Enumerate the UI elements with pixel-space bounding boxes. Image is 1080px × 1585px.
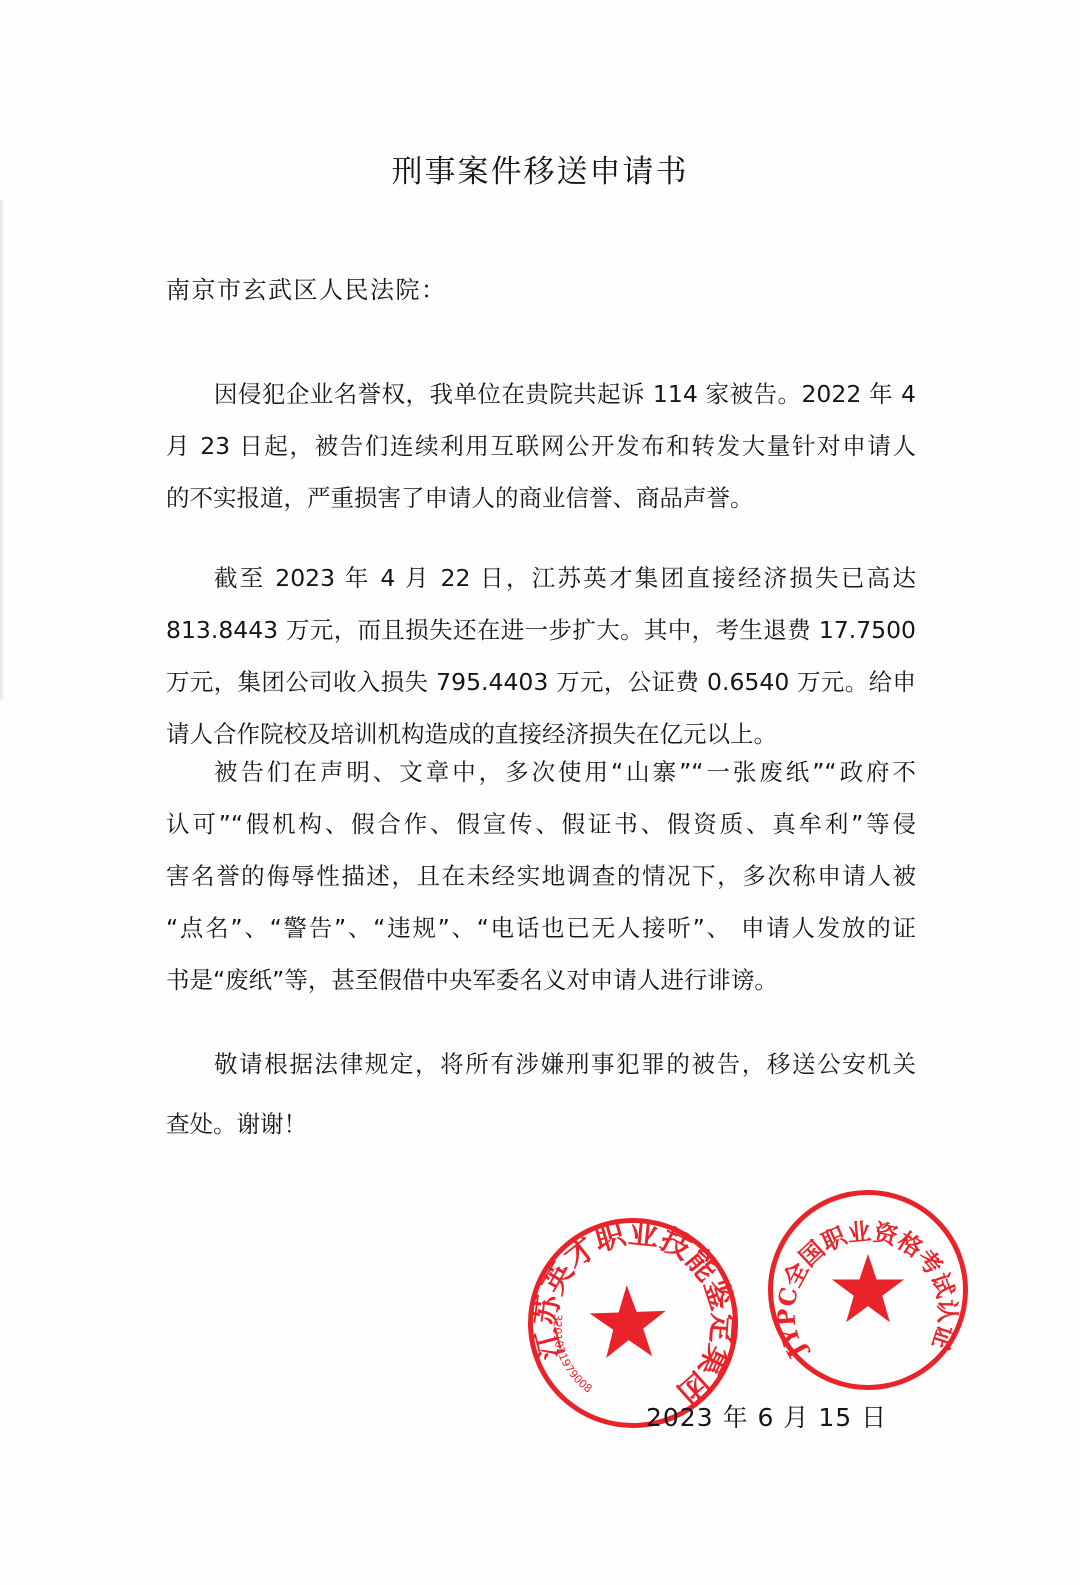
red-star-icon — [589, 1284, 667, 1359]
addressee: 南京市玄武区人民法院： — [166, 270, 447, 305]
paragraph-line: 因侵犯企业名誉权，我单位在贵院共起诉 114 家被告。2022 年 4 — [166, 368, 916, 420]
paragraph-2: 截至 2023 年 4 月 22 日，江苏英才集团直接经济损失已高达 813.8… — [166, 552, 916, 760]
paragraph-line: 月 23 日起，被告们连续利用互联网公开发布和转发大量针对申请人 — [166, 420, 916, 472]
paragraph-line: “点名”、“警告”、“违规”、“电话也已无人接听”、 申请人发放的证 — [166, 902, 916, 954]
paragraph-line: 查处。谢谢！ — [166, 1094, 916, 1154]
paragraph-line: 认可”“假机构、假合作、假宣传、假证书、假资质、真牟利”等侵 — [166, 798, 916, 850]
paragraph-line: 万元，集团公司收入损失 795.4403 万元，公证费 0.6540 万元。给申 — [166, 656, 916, 708]
company-seal-jypc: JYPC全国职业资格考试认证中心 — [768, 1190, 968, 1390]
paragraph-line: 害名誉的侮辱性描述，且在未经实地调查的情况下，多次称申请人被 — [166, 850, 916, 902]
document-date: 2023 年 6 月 15 日 — [646, 1398, 887, 1434]
document-page: 刑事案件移送申请书 南京市玄武区人民法院： 因侵犯企业名誉权，我单位在贵院共起诉… — [0, 0, 1080, 1585]
seal-code-text: 3201021979008 — [550, 1312, 595, 1397]
paragraph-line: 书是“废纸”等，甚至假借中央军委名义对申请人进行诽谤。 — [166, 954, 916, 1006]
paragraph-line: 的不实报道，严重损害了申请人的商业信誉、商品声誉。 — [166, 472, 916, 524]
paragraph-line: 被告们在声明、文章中，多次使用“山寨”“一张废纸”“政府不 — [166, 746, 916, 798]
red-star-icon — [832, 1254, 904, 1322]
document-title: 刑事案件移送申请书 — [0, 146, 1080, 191]
seal-graphic: 江苏英才职业技能鉴定集团 3201021979008 — [530, 1220, 737, 1427]
paragraph-1: 因侵犯企业名誉权，我单位在贵院共起诉 114 家被告。2022 年 4 月 23… — [166, 368, 916, 524]
paragraph-line: 敬请根据法律规定，将所有涉嫌刑事犯罪的被告，移送公安机关 — [166, 1034, 916, 1094]
seal-arc-text: JYPC全国职业资格考试认证中心 — [761, 1173, 961, 1364]
paragraph-3: 被告们在声明、文章中，多次使用“山寨”“一张废纸”“政府不 认可”“假机构、假合… — [166, 746, 916, 1006]
paragraph-line: 813.8443 万元，而且损失还在进一步扩大。其中，考生退费 17.7500 — [166, 604, 916, 656]
paragraph-line: 截至 2023 年 4 月 22 日，江苏英才集团直接经济损失已高达 — [166, 552, 916, 604]
paragraph-4: 敬请根据法律规定，将所有涉嫌刑事犯罪的被告，移送公安机关 查处。谢谢！ — [166, 1034, 916, 1154]
seal-graphic: JYPC全国职业资格考试认证中心 — [773, 1195, 963, 1385]
scan-edge-shadow — [0, 200, 5, 700]
